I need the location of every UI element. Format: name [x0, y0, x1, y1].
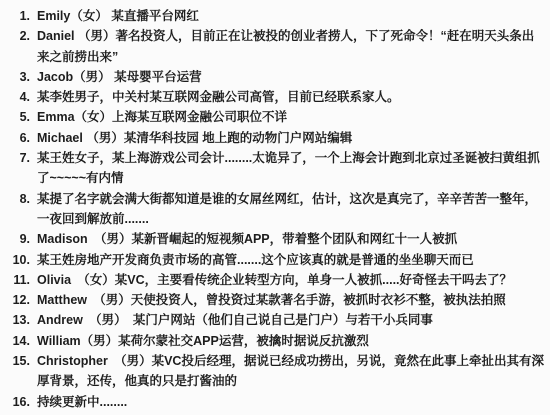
- list-item-text: 某李姓男子，中关村某互联网金融公司高管，目前已经联系家人。: [37, 87, 544, 107]
- list-item-number: 7.: [8, 148, 37, 168]
- list-item: 8. 某提了名字就会满大街都知道是谁的女屌丝网红，估计，这次是真完了，辛辛苦苦一…: [8, 189, 544, 230]
- list-item-number: 15.: [8, 351, 37, 371]
- list-item-number: 14.: [8, 331, 37, 351]
- list-item-number: 9.: [8, 229, 37, 249]
- list-item-text: Emma（女）上海某互联网金融公司职位不详: [37, 107, 544, 127]
- list-item: 11. Olivia （女）某VC，主要看传统企业转型方向，单身一人被抓....…: [8, 270, 544, 290]
- list-item-number: 1.: [8, 6, 37, 26]
- list-item: 3. Jacob（男） 某母婴平台运营: [8, 67, 544, 87]
- list-item-number: 5.: [8, 107, 37, 127]
- list-item-number: 2.: [8, 26, 37, 46]
- list-item: 6. Michael （男）某清华科技园 地上跑的动物门户网站编辑: [8, 128, 544, 148]
- list-item: 13. Andrew （男） 某门户网站（他们自己说自己是门户）与若干小兵同事: [8, 310, 544, 330]
- list-item: 15. Christopher （男）某VC投后经理，据说已经成功捞出，另说，竟…: [8, 351, 544, 392]
- list-item-number: 13.: [8, 310, 37, 330]
- list-item-text: Christopher （男）某VC投后经理，据说已经成功捞出，另说，竟然在此事…: [37, 351, 544, 392]
- list-item-text: Matthew （男）天使投资人，曾投资过某款著名手游，被抓时衣衫不整，被执法拍…: [37, 290, 544, 310]
- list-item: 4. 某李姓男子，中关村某互联网金融公司高管，目前已经联系家人。: [8, 87, 544, 107]
- list-item-text: 某王姓女子，某上海游戏公司会计........太诡异了，一个上海会计跑到北京过圣…: [37, 148, 544, 189]
- list-item-text: Andrew （男） 某门户网站（他们自己说自己是门户）与若干小兵同事: [37, 310, 544, 330]
- list-item-number: 8.: [8, 189, 37, 209]
- list-item-number: 4.: [8, 87, 37, 107]
- list-item-number: 10.: [8, 250, 37, 270]
- list-item-number: 11.: [8, 270, 37, 290]
- list-item: 2. Daniel （男）著名投资人，目前正在让被投的创业者捞人，下了死命令！“…: [8, 26, 544, 67]
- list-item-number: 16.: [8, 392, 37, 412]
- list-item-text: William（男）某荷尔蒙社交APP运营，被擒时据说反抗激烈: [37, 331, 544, 351]
- list-item: 16. 持续更新中........: [8, 392, 544, 412]
- list-item: 1. Emily（女） 某直播平台网红: [8, 6, 544, 26]
- name-list-document: 1. Emily（女） 某直播平台网红 2. Daniel （男）著名投资人，目…: [0, 0, 550, 415]
- list-item-text: Emily（女） 某直播平台网红: [37, 6, 544, 26]
- list-item-text: Jacob（男） 某母婴平台运营: [37, 67, 544, 87]
- list-item-text: Michael （男）某清华科技园 地上跑的动物门户网站编辑: [37, 128, 544, 148]
- list-item: 9. Madison （男）某新晋崛起的短视频APP，带着整个团队和网红十一人被…: [8, 229, 544, 249]
- list-item-number: 3.: [8, 67, 37, 87]
- list-item: 12. Matthew （男）天使投资人，曾投资过某款著名手游，被抓时衣衫不整，…: [8, 290, 544, 310]
- list-item: 7. 某王姓女子，某上海游戏公司会计........太诡异了，一个上海会计跑到北…: [8, 148, 544, 189]
- list-item: 10. 某王姓房地产开发商负责市场的高管.......这个应该真的就是普通的坐坐…: [8, 250, 544, 270]
- list-item-number: 6.: [8, 128, 37, 148]
- list-item-number: 12.: [8, 290, 37, 310]
- list-item-text: Olivia （女）某VC，主要看传统企业转型方向，单身一人被抓.....好奇怪…: [37, 270, 544, 290]
- list-item: 5. Emma（女）上海某互联网金融公司职位不详: [8, 107, 544, 127]
- list-item-text: 持续更新中........: [37, 392, 544, 412]
- list-item-text: Daniel （男）著名投资人，目前正在让被投的创业者捞人，下了死命令！“赶在明…: [37, 26, 544, 67]
- list-item: 14. William（男）某荷尔蒙社交APP运营，被擒时据说反抗激烈: [8, 331, 544, 351]
- list-item-text: 某提了名字就会满大街都知道是谁的女屌丝网红，估计，这次是真完了，辛辛苦苦一整年，…: [37, 189, 544, 230]
- list-item-text: Madison （男）某新晋崛起的短视频APP，带着整个团队和网红十一人被抓: [37, 229, 544, 249]
- list-item-text: 某王姓房地产开发商负责市场的高管.......这个应该真的就是普通的坐坐聊天而已: [37, 250, 544, 270]
